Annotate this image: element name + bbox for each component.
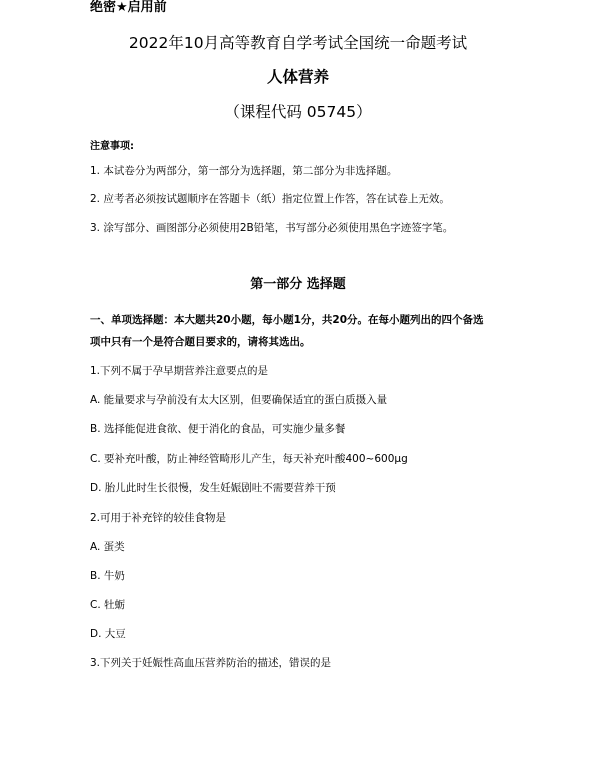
part-one-title: 第一部分 选择题	[0, 276, 596, 294]
question-option: B. 选择能促进食欲、便于消化的食品，可实施少量多餐	[90, 422, 345, 436]
question-option: D. 胎儿此时生长很慢，发生妊娠剧吐不需要营养干预	[90, 481, 336, 495]
notice-heading: 注意事项:	[90, 140, 134, 154]
question-stem: 2.可用于补充锌的较佳食物是	[90, 511, 226, 525]
question-option: A. 能量要求与孕前没有太大区别，但要确保适宜的蛋白质摄入量	[90, 393, 387, 407]
question-option: B. 牛奶	[90, 569, 125, 583]
course-code: （课程代码 05745）	[0, 102, 596, 122]
question-stem: 3.下列关于妊娠性高血压营养防治的描述，错误的是	[90, 656, 331, 670]
section-instruction: 一、单项选择题：本大题共20小题，每小题1分，共20分。在每小题列出的四个备选	[90, 313, 484, 327]
section-instruction: 项中只有一个是符合题目要求的，请将其选出。	[90, 335, 311, 349]
notice-item: 2. 应考者必须按试题顺序在答题卡（纸）指定位置上作答，答在试卷上无效。	[90, 192, 450, 206]
notice-item: 1. 本试卷分为两部分，第一部分为选择题，第二部分为非选择题。	[90, 164, 397, 178]
notice-item: 3. 涂写部分、画图部分必须使用2B铅笔，书写部分必须使用黑色字迹签字笔。	[90, 221, 453, 235]
exam-page: 绝密★启用前 2022年10月高等教育自学考试全国统一命题考试 人体营养 （课程…	[0, 0, 596, 762]
question-stem: 1.下列不属于孕早期营养注意要点的是	[90, 364, 268, 378]
confidential-label: 绝密★启用前	[90, 0, 167, 16]
question-option: C. 要补充叶酸，防止神经管畸形儿产生，每天补充叶酸400~600μg	[90, 452, 408, 466]
subject-title: 人体营养	[0, 67, 596, 87]
question-option: D. 大豆	[90, 627, 126, 641]
question-option: C. 牡蛎	[90, 598, 125, 612]
question-option: A. 蛋类	[90, 540, 125, 554]
exam-title: 2022年10月高等教育自学考试全国统一命题考试	[0, 33, 596, 53]
